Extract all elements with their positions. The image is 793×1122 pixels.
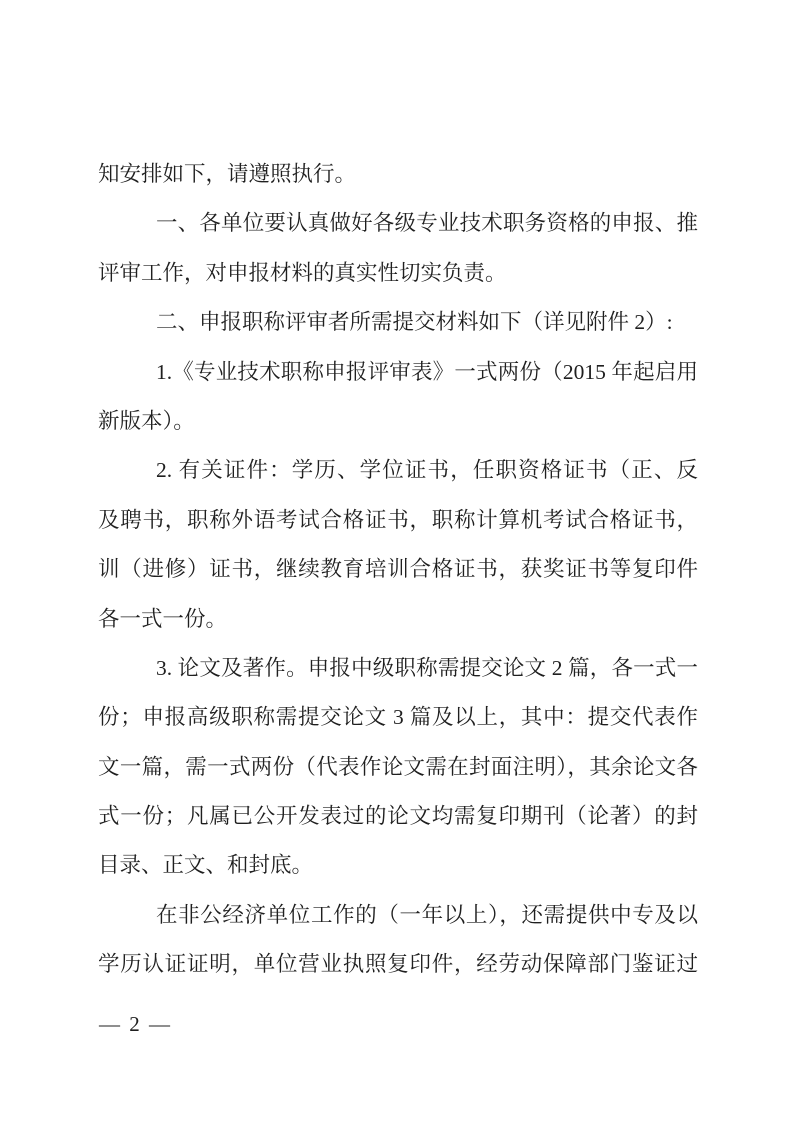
text-line: 学历认证证明，单位营业执照复印件，经劳动保障部门鉴证过的 — [98, 940, 698, 989]
text-line: 2. 有关证件：学历、学位证书，任职资格证书（正、反面） — [98, 446, 698, 495]
text-line: 新版本）。 — [98, 397, 698, 446]
document-body: 知安排如下，请遵照执行。 一、各单位要认真做好各级专业技术职务资格的申报、推荐、… — [98, 150, 698, 990]
document-page: 知安排如下，请遵照执行。 一、各单位要认真做好各级专业技术职务资格的申报、推荐、… — [0, 0, 793, 1122]
text-line: 3. 论文及著作。申报中级职称需提交论文 2 篇，各一式一 — [98, 644, 698, 693]
text-line: 训（进修）证书，继续教育培训合格证书，获奖证书等复印件等 — [98, 545, 698, 594]
text-line: 目录、正文、和封底。 — [98, 841, 698, 890]
text-line: 各一式一份。 — [98, 595, 698, 644]
text-line: 份；申报高级职称需提交论文 3 篇及以上，其中：提交代表作论 — [98, 693, 698, 742]
text-line: 文一篇，需一式两份（代表作论文需在封面注明），其余论文各一 — [98, 743, 698, 792]
text-line: 评审工作，对申报材料的真实性切实负责。 — [98, 249, 698, 298]
page-number: — 2 — — [99, 1007, 172, 1041]
text-line: 在非公经济单位工作的（一年以上），还需提供中专及以上 — [98, 891, 698, 940]
text-line: 知安排如下，请遵照执行。 — [98, 150, 698, 199]
text-line: 二、申报职称评审者所需提交材料如下（详见附件 2）: — [98, 298, 698, 347]
text-line: 1.《专业技术职称申报评审表》一式两份（2015 年起启用的 — [98, 348, 698, 397]
text-line: 及聘书，职称外语考试合格证书，职称计算机考试合格证书，培 — [98, 496, 698, 545]
text-line: 一、各单位要认真做好各级专业技术职务资格的申报、推荐、 — [98, 199, 698, 248]
text-line: 式一份；凡属已公开发表过的论文均需复印期刊（论著）的封面、 — [98, 792, 698, 841]
